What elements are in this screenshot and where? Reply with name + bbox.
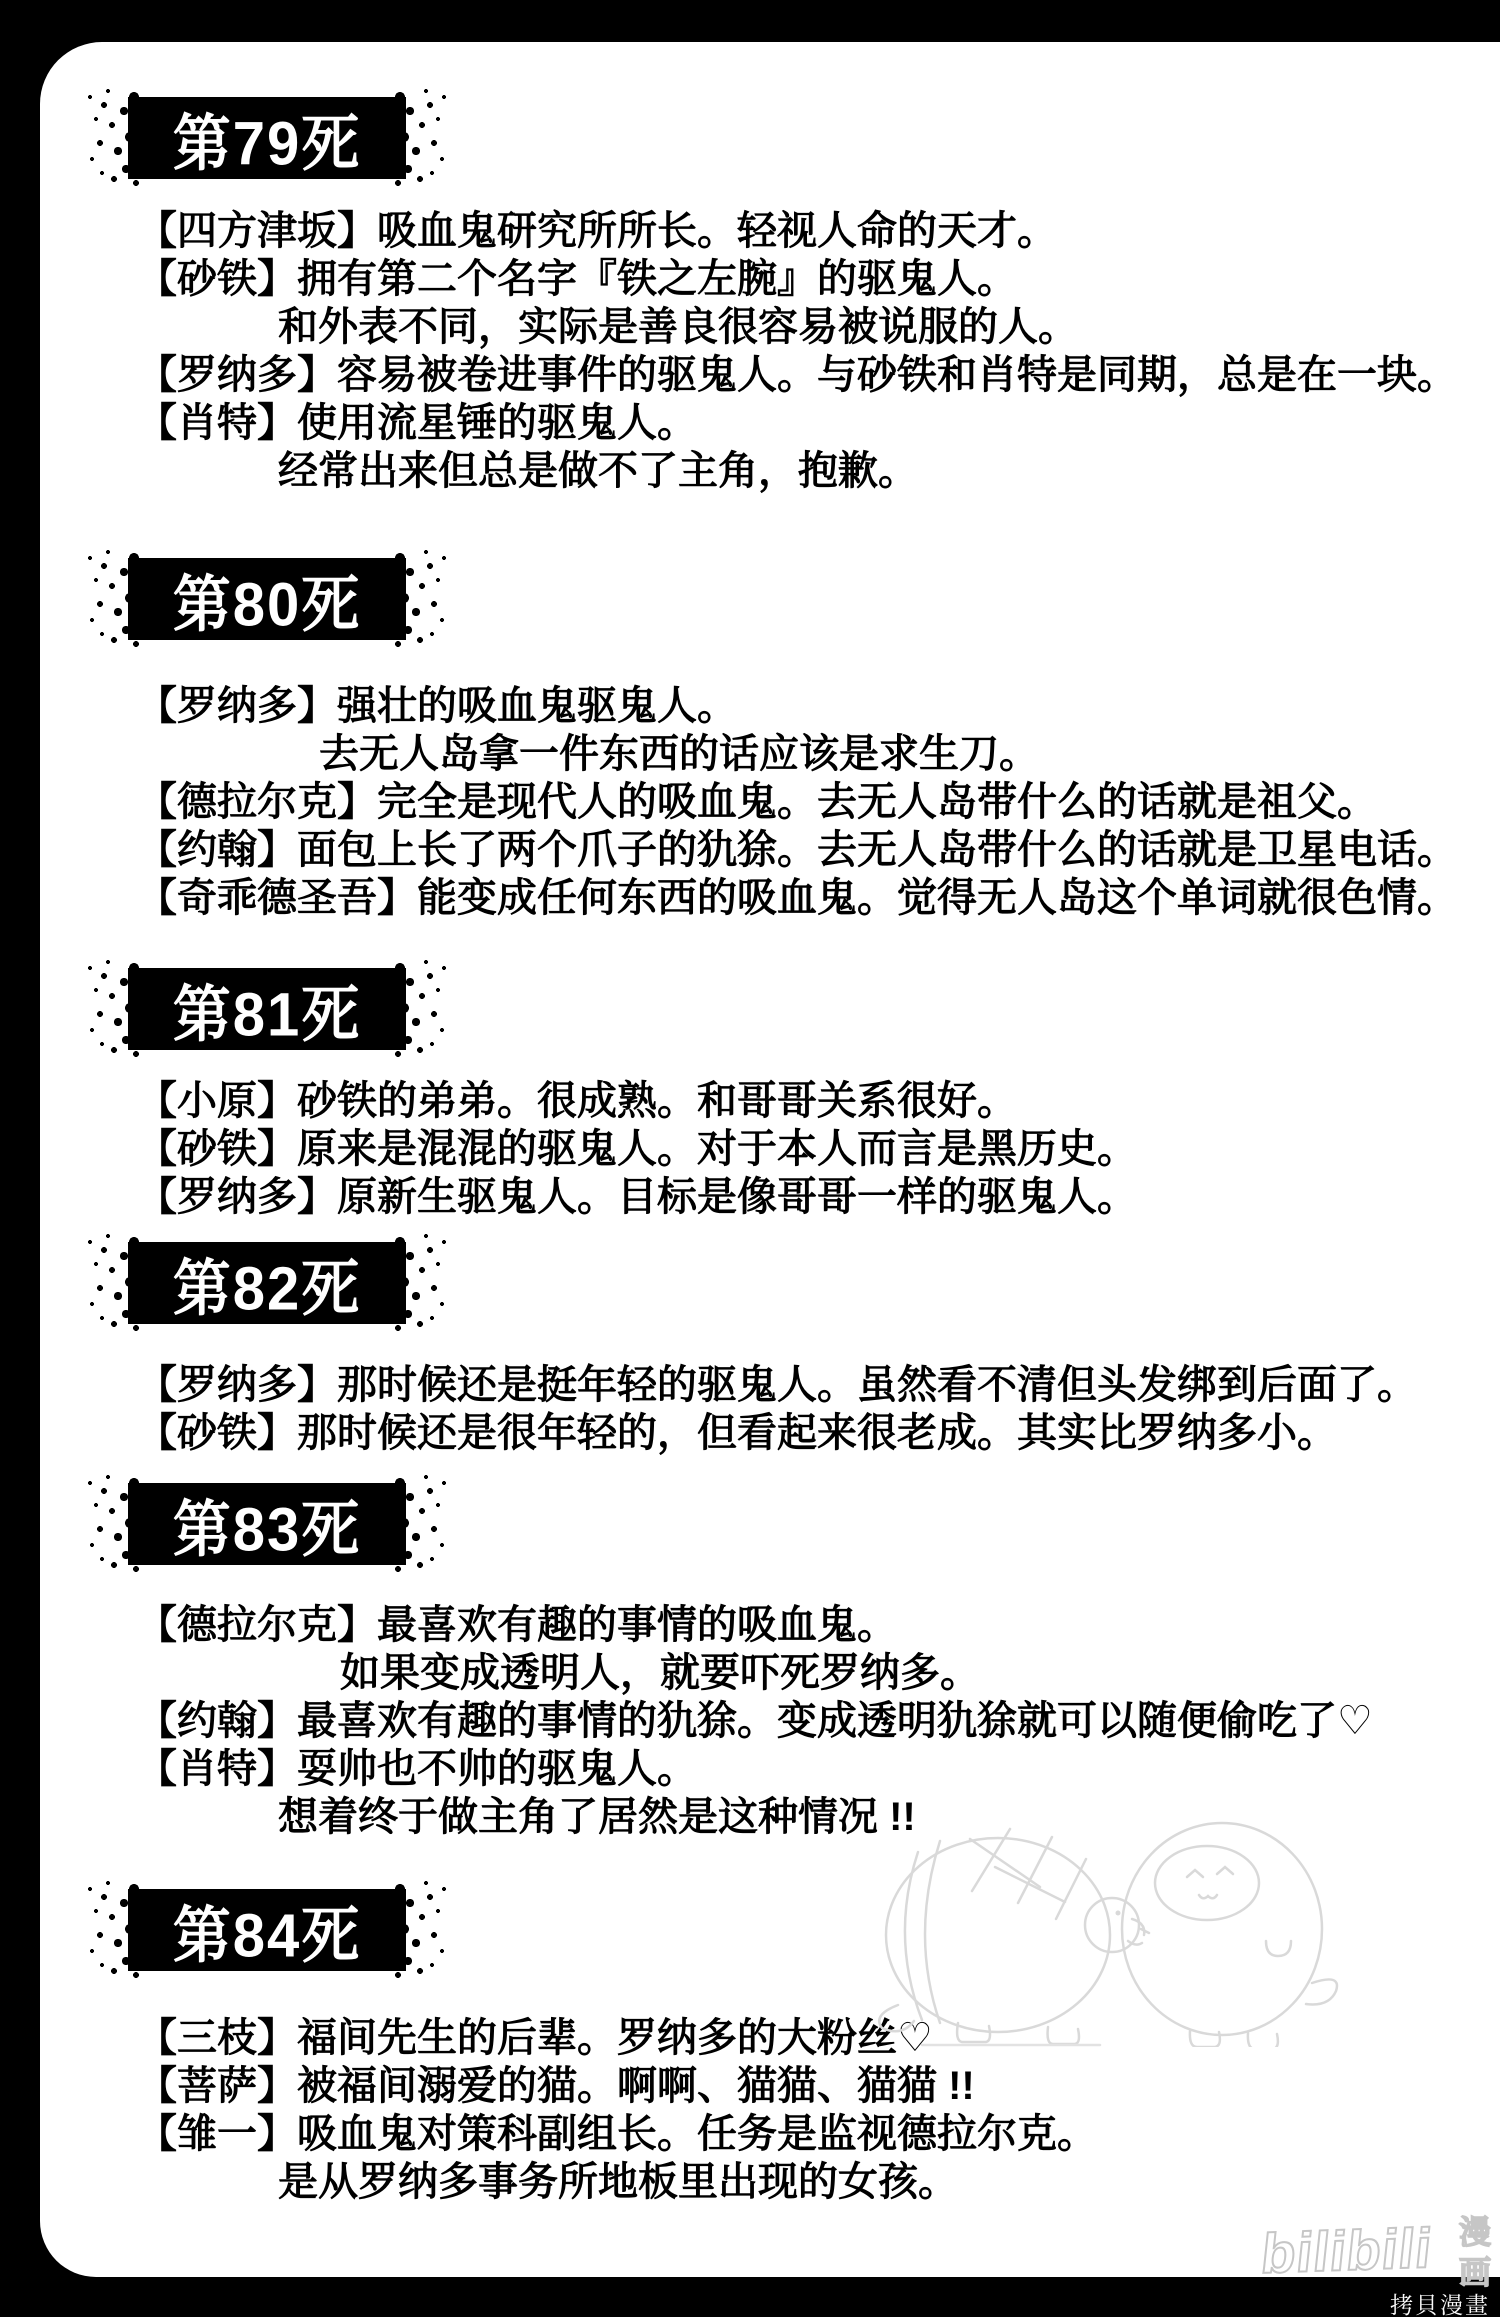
chapter-84-header-badge: 第84死: [128, 1889, 406, 1971]
character-entry: 【砂铁】原来是混混的驱鬼人。对于本人而言是黑历史。: [137, 1125, 1500, 1173]
manga-page-card: 第79死 【四方津坂】吸血鬼研究所所长。轻视人命的天才。 【砂铁】拥有第二个名字…: [40, 42, 1500, 2277]
character-entry: 【菩萨】被福间溺爱的猫。啊啊、猫猫、猫猫 !!: [137, 2062, 1500, 2110]
character-entry: 【罗纳多】容易被卷进事件的驱鬼人。与砂铁和肖特是同期，总是在一块。: [137, 351, 1500, 399]
section-chapter-80: 第80死 【罗纳多】强壮的吸血鬼驱鬼人。 去无人岛拿一件东西的话应该是求生刀。 …: [40, 558, 1500, 922]
character-entry: 【砂铁】拥有第二个名字『铁之左腕』的驱鬼人。: [137, 255, 1500, 303]
character-entry-continuation: 经常出来但总是做不了主角，抱歉。: [137, 447, 1500, 495]
chapter-81-header-badge: 第81死: [128, 968, 406, 1050]
chapter-82-header-badge: 第82死: [128, 1242, 406, 1324]
character-entry: 【肖特】耍帅也不帅的驱鬼人。: [137, 1745, 1500, 1793]
character-entry: 【雏一】吸血鬼对策科副组长。任务是监视德拉尔克。: [137, 2110, 1500, 2158]
bilibili-manga-logo-vertical-text: 漫画: [1455, 2212, 1495, 2292]
character-entry-continuation: 去无人岛拿一件东西的话应该是求生刀。: [137, 730, 1500, 778]
character-entry: 【奇乖德圣吾】能变成任何东西的吸血鬼。觉得无人岛这个单词就很色情。: [137, 874, 1500, 922]
section-chapter-81: 第81死 【小原】砂铁的弟弟。很成熟。和哥哥关系很好。 【砂铁】原来是混混的驱鬼…: [40, 968, 1500, 1221]
chapter-83-header-badge: 第83死: [128, 1483, 406, 1565]
character-entry: 【德拉尔克】完全是现代人的吸血鬼。去无人岛带什么的话就是祖父。: [137, 778, 1500, 826]
section-chapter-79: 第79死 【四方津坂】吸血鬼研究所所长。轻视人命的天才。 【砂铁】拥有第二个名字…: [40, 97, 1500, 495]
character-entry: 【罗纳多】原新生驱鬼人。目标是像哥哥一样的驱鬼人。: [137, 1173, 1500, 1221]
character-entry: 【德拉尔克】最喜欢有趣的事情的吸血鬼。: [137, 1601, 1500, 1649]
chapter-80-title: 第80死: [173, 554, 362, 643]
chapter-79-title: 第79死: [173, 93, 362, 182]
chapter-84-title: 第84死: [173, 1885, 362, 1974]
bilibili-manga-logo: bilibili: [1258, 2215, 1435, 2286]
chapter-79-entries: 【四方津坂】吸血鬼研究所所长。轻视人命的天才。 【砂铁】拥有第二个名字『铁之左腕…: [40, 207, 1500, 495]
armadillo-and-round-creature-sketch-icon: [860, 1807, 1340, 2047]
chapter-80-entries: 【罗纳多】强壮的吸血鬼驱鬼人。 去无人岛拿一件东西的话应该是求生刀。 【德拉尔克…: [40, 682, 1500, 922]
character-entry-continuation: 如果变成透明人，就要吓死罗纳多。: [137, 1649, 1500, 1697]
character-entry-continuation: 是从罗纳多事务所地板里出现的女孩。: [137, 2158, 1500, 2206]
character-entry: 【肖特】使用流星锤的驱鬼人。: [137, 399, 1500, 447]
character-entry: 【约翰】最喜欢有趣的事情的犰狳。变成透明犰狳就可以随便偷吃了♡: [137, 1697, 1500, 1745]
chapter-80-header-badge: 第80死: [128, 558, 406, 640]
character-entry: 【罗纳多】强壮的吸血鬼驱鬼人。: [137, 682, 1500, 730]
chapter-81-title: 第81死: [173, 964, 362, 1053]
character-entry: 【砂铁】那时候还是很年轻的，但看起来很老成。其实比罗纳多小。: [137, 1409, 1500, 1457]
section-chapter-83: 第83死 【德拉尔克】最喜欢有趣的事情的吸血鬼。 如果变成透明人，就要吓死罗纳多…: [40, 1483, 1500, 1841]
character-entry: 【四方津坂】吸血鬼研究所所长。轻视人命的天才。: [137, 207, 1500, 255]
chapter-83-title: 第83死: [173, 1479, 362, 1568]
character-entry: 【小原】砂铁的弟弟。很成熟。和哥哥关系很好。: [137, 1077, 1500, 1125]
character-entry-continuation: 和外表不同，实际是善良很容易被说服的人。: [137, 303, 1500, 351]
copymanga-watermark: 拷貝漫畫: [1390, 2287, 1490, 2317]
character-entry: 【约翰】面包上长了两个爪子的犰狳。去无人岛带什么的话就是卫星电话。: [137, 826, 1500, 874]
chapter-79-header-badge: 第79死: [128, 97, 406, 179]
chapter-82-entries: 【罗纳多】那时候还是挺年轻的驱鬼人。虽然看不清但头发绑到后面了。 【砂铁】那时候…: [40, 1361, 1500, 1457]
character-entry: 【罗纳多】那时候还是挺年轻的驱鬼人。虽然看不清但头发绑到后面了。: [137, 1361, 1500, 1409]
section-chapter-82: 第82死 【罗纳多】那时候还是挺年轻的驱鬼人。虽然看不清但头发绑到后面了。 【砂…: [40, 1242, 1500, 1457]
chapter-82-title: 第82死: [173, 1238, 362, 1327]
chapter-81-entries: 【小原】砂铁的弟弟。很成熟。和哥哥关系很好。 【砂铁】原来是混混的驱鬼人。对于本…: [40, 1077, 1500, 1221]
chapter-83-entries: 【德拉尔克】最喜欢有趣的事情的吸血鬼。 如果变成透明人，就要吓死罗纳多。 【约翰…: [40, 1601, 1500, 1841]
